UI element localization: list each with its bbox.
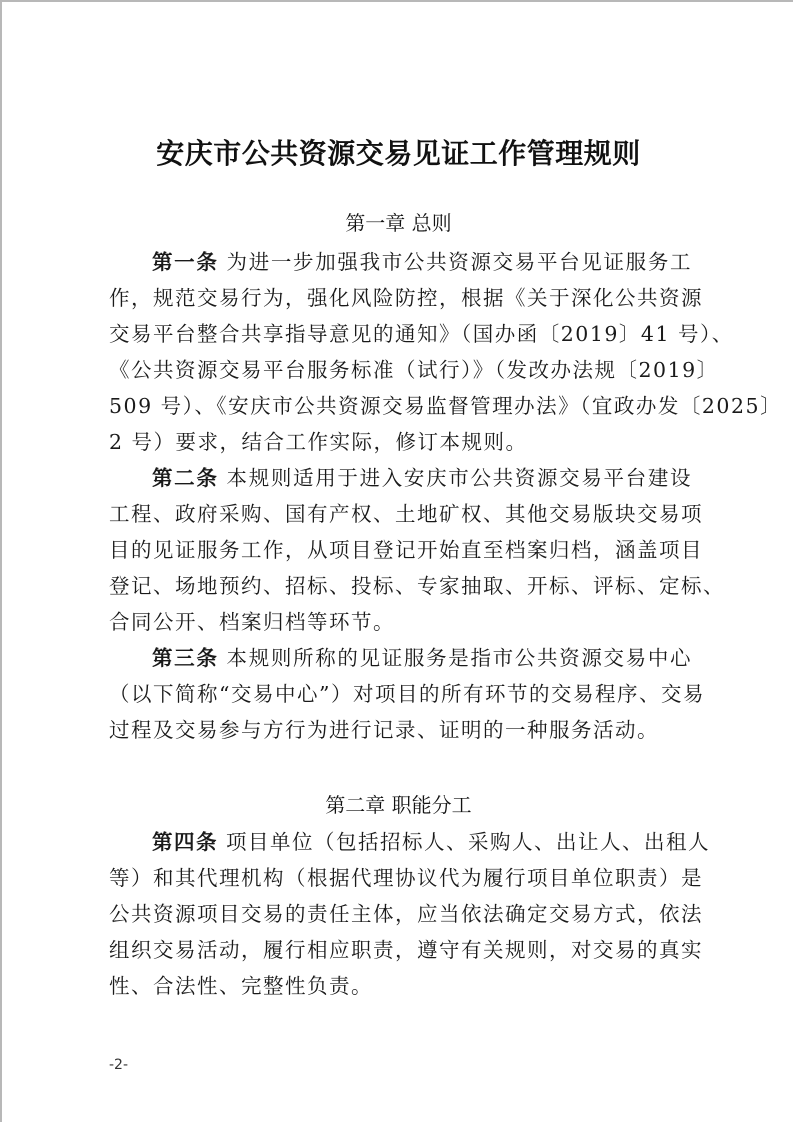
article-label: 第二条 [152, 466, 219, 490]
paragraph-line: 第三条本规则所称的见证服务是指市公共资源交易中心 [109, 640, 692, 676]
paragraph-line: 性、合法性、完整性负责。 [109, 968, 692, 1004]
article-label: 第四条 [152, 830, 218, 854]
document-title: 安庆市公共资源交易见证工作管理规则 [2, 132, 793, 172]
paragraph-line: 2 号）要求，结合工作实际，修订本规则。 [109, 424, 692, 460]
paragraph-line: 作，规范交易行为，强化风险防控，根据《关于深化公共资源 [109, 280, 692, 316]
paragraph-line: 交易平台整合共享指导意见的通知》（国办函〔2019〕41 号）、 [109, 316, 692, 352]
chapter-heading: 第一章 总则 [2, 207, 793, 236]
paragraph-line: 公共资源项目交易的责任主体，应当依法确定交易方式，依法 [109, 896, 692, 932]
paragraph-line: 组织交易活动，履行相应职责，遵守有关规则，对交易的真实 [109, 932, 692, 968]
article-label: 第一条 [152, 250, 219, 274]
article-4: 第四条项目单位（包括招标人、采购人、出让人、出租人 等）和其代理机构（根据代理协… [109, 824, 692, 1004]
paragraph-line: 合同公开、档案归档等环节。 [109, 604, 692, 640]
paragraph-line: 509 号）、《安庆市公共资源交易监督管理办法》（宜政办发〔2025〕 [109, 388, 692, 424]
article-label: 第三条 [152, 646, 219, 670]
paragraph-line: 第二条本规则适用于进入安庆市公共资源交易平台建设 [109, 460, 692, 496]
paragraph-line: 过程及交易参与方行为进行记录、证明的一种服务活动。 [109, 712, 692, 748]
paragraph-line: 第一条为进一步加强我市公共资源交易平台见证服务工 [109, 244, 692, 280]
paragraph-line: 目的见证服务工作，从项目登记开始直至档案归档，涵盖项目 [109, 532, 692, 568]
document-page: 安庆市公共资源交易见证工作管理规则 第一章 总则 第一条为进一步加强我市公共资源… [0, 0, 793, 1122]
chapter-heading: 第二章 职能分工 [2, 789, 793, 818]
article-3: 第三条本规则所称的见证服务是指市公共资源交易中心 （以下简称“交易中心”）对项目… [109, 640, 692, 748]
paragraph-line: 工程、政府采购、国有产权、土地矿权、其他交易版块交易项 [109, 496, 692, 532]
article-2: 第二条本规则适用于进入安庆市公共资源交易平台建设 工程、政府采购、国有产权、土地… [109, 460, 692, 640]
paragraph-line: 登记、场地预约、招标、投标、专家抽取、开标、评标、定标、 [109, 568, 692, 604]
paragraph-line: （以下简称“交易中心”）对项目的所有环节的交易程序、交易 [109, 676, 692, 712]
page-number: -2- [109, 1057, 128, 1073]
article-1: 第一条为进一步加强我市公共资源交易平台见证服务工 作，规范交易行为，强化风险防控… [109, 244, 692, 460]
paragraph-line: 等）和其代理机构（根据代理协议代为履行项目单位职责）是 [109, 860, 692, 896]
paragraph-line: 第四条项目单位（包括招标人、采购人、出让人、出租人 [109, 824, 692, 860]
paragraph-line: 《公共资源交易平台服务标准（试行）》（发改办法规〔2019〕 [109, 352, 692, 388]
